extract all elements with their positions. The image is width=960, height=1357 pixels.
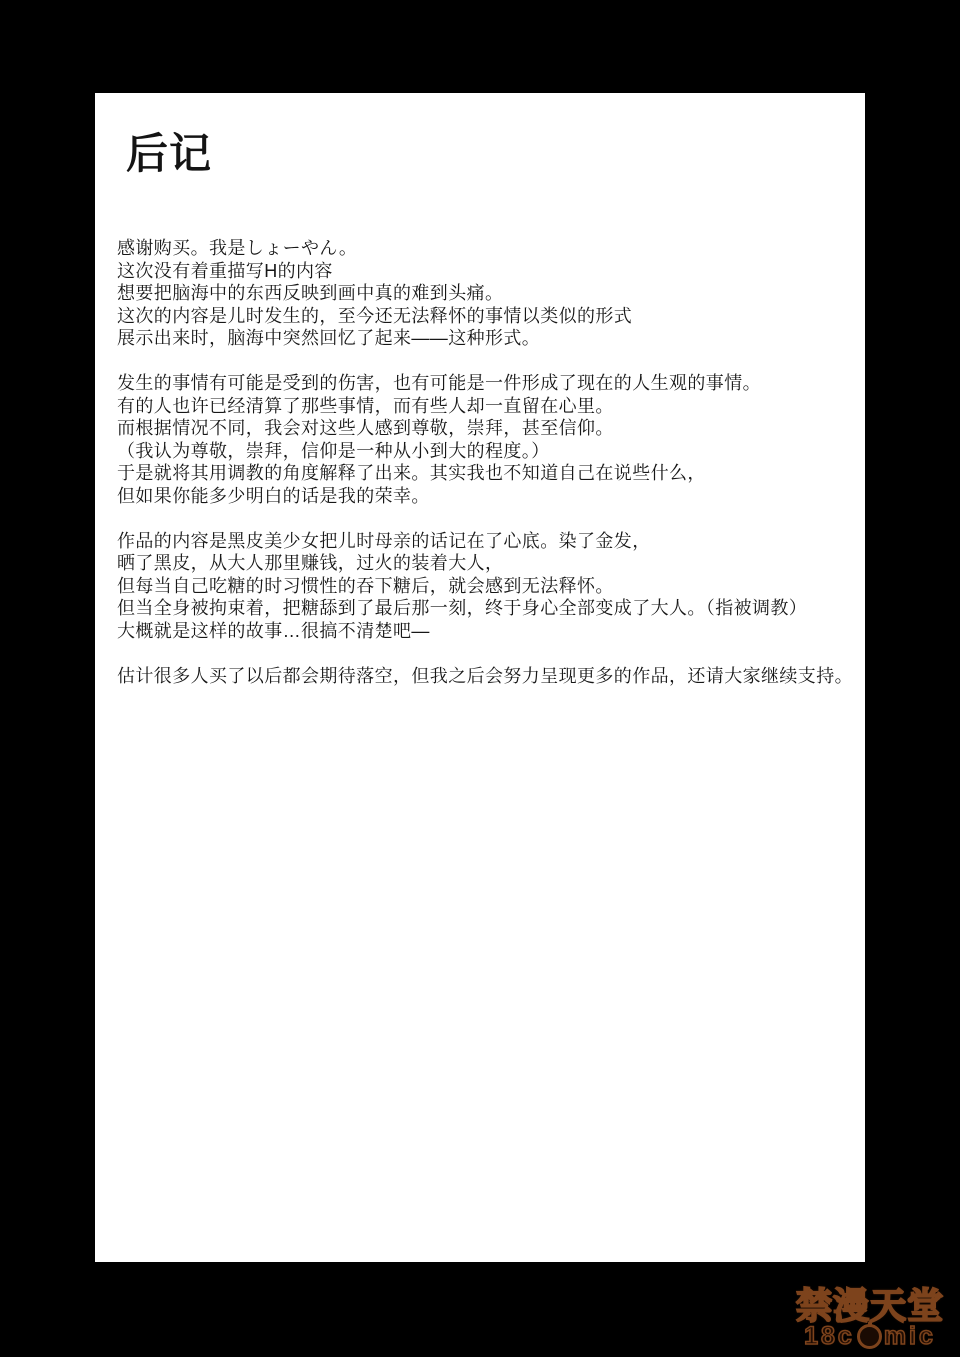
text-line: 这次没有着重描写H的内容 — [117, 260, 859, 283]
text-line: 有的人也许已经清算了那些事情，而有些人却一直留在心里。 — [117, 395, 859, 418]
body-text: 感谢购买。我是しょーやん。这次没有着重描写H的内容想要把脑海中的东西反映到画中真… — [117, 237, 859, 710]
text-line: 这次的内容是儿时发生的，至今还无法释怀的事情以类似的形式 — [117, 305, 859, 328]
text-line: 而根据情况不同，我会对这些人感到尊敬，崇拜，甚至信仰。 — [117, 417, 859, 440]
manga-afterword-page: 后记 感谢购买。我是しょーやん。这次没有着重描写H的内容想要把脑海中的东西反映到… — [95, 93, 865, 1262]
text-line: 发生的事情有可能是受到的伤害，也有可能是一件形成了现在的人生观的事情。 — [117, 372, 859, 395]
paragraph: 感谢购买。我是しょーやん。这次没有着重描写H的内容想要把脑海中的东西反映到画中真… — [117, 237, 859, 350]
watermark-site-name: 禁漫天堂 — [796, 1287, 944, 1325]
text-line: 估计很多人买了以后都会期待落空，但我之后会努力呈现更多的作品，还请大家继续支持。 — [117, 665, 859, 688]
text-line: （我认为尊敬，崇拜，信仰是一种从小到大的程度。） — [117, 440, 859, 463]
watermark: 禁漫天堂 18cmic — [796, 1287, 944, 1349]
paragraph: 估计很多人买了以后都会期待落空，但我之后会努力呈现更多的作品，还请大家继续支持。 — [117, 665, 859, 688]
text-line: 于是就将其用调教的角度解释了出来。其实我也不知道自己在说些什么， — [117, 462, 859, 485]
text-line: 作品的内容是黑皮美少女把儿时母亲的话记在了心底。染了金发， — [117, 530, 859, 553]
watermark-url-suffix: mic — [884, 1323, 936, 1349]
text-line: 大概就是这样的故事…很搞不清楚吧— — [117, 620, 859, 643]
scanned-page-canvas: 后记 感谢购买。我是しょーやん。这次没有着重描写H的内容想要把脑海中的东西反映到… — [0, 0, 960, 1357]
comic-o-bomb-icon — [857, 1324, 882, 1349]
text-line: 但如果你能多少明白的话是我的荣幸。 — [117, 485, 859, 508]
text-line: 感谢购买。我是しょーやん。 — [117, 237, 859, 260]
text-line: 但每当自己吃糖的时习惯性的吞下糖后，就会感到无法释怀。 — [117, 575, 859, 598]
text-line: 想要把脑海中的东西反映到画中真的难到头痛。 — [117, 282, 859, 305]
text-line: 展示出来时，脑海中突然回忆了起来——这种形式。 — [117, 327, 859, 350]
watermark-url-prefix: 18c — [804, 1323, 855, 1349]
text-line: 晒了黑皮，从大人那里赚钱，过火的装着大人， — [117, 552, 859, 575]
text-line: 但当全身被拘束着，把糖舔到了最后那一刻，终于身心全部变成了大人。（指被调教） — [117, 597, 859, 620]
paragraph: 发生的事情有可能是受到的伤害，也有可能是一件形成了现在的人生观的事情。有的人也许… — [117, 372, 859, 507]
watermark-site-url: 18cmic — [796, 1323, 944, 1349]
paragraph: 作品的内容是黑皮美少女把儿时母亲的话记在了心底。染了金发，晒了黑皮，从大人那里赚… — [117, 530, 859, 643]
afterword-title: 后记 — [126, 133, 212, 175]
